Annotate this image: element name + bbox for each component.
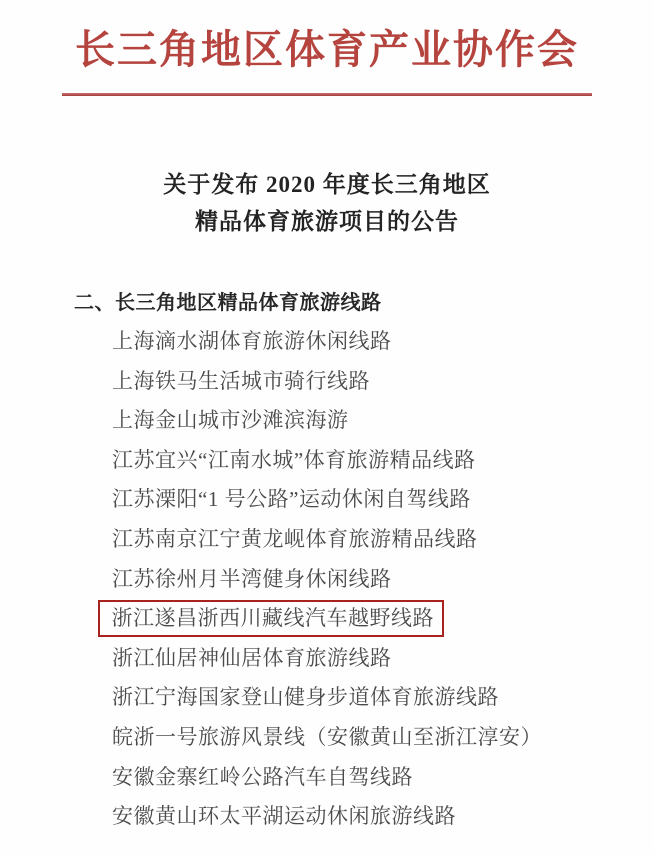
route-label: 浙江仙居神仙居体育旅游线路 xyxy=(112,646,392,670)
route-item: 安徽黄山环太平湖运动休闲旅游线路 xyxy=(112,805,654,827)
route-item: 浙江仙居神仙居体育旅游线路 xyxy=(112,647,654,669)
route-item: 江苏徐州月半湾健身休闲线路 xyxy=(112,568,654,590)
route-item: 江苏宜兴“江南水城”体育旅游精品线路 xyxy=(112,449,654,471)
route-item: 上海铁马生活城市骑行线路 xyxy=(112,370,654,392)
route-label: 江苏宜兴“江南水城”体育旅游精品线路 xyxy=(112,448,476,472)
header-divider-line xyxy=(62,93,592,96)
route-label: 上海滴水湖体育旅游休闲线路 xyxy=(112,329,392,353)
route-label: 江苏徐州月半湾健身休闲线路 xyxy=(112,567,392,591)
org-header-title: 长三角地区体育产业协作会 xyxy=(0,27,654,73)
route-label: 江苏南京江宁黄龙岘体育旅游精品线路 xyxy=(112,527,478,551)
announcement-title-line2: 精品体育旅游项目的公告 xyxy=(0,203,654,240)
route-item: 江苏溧阳“1 号公路”运动休闲自驾线路 xyxy=(112,488,654,510)
route-item: 安徽金寨红岭公路汽车自驾线路 xyxy=(112,766,654,788)
route-label: 上海铁马生活城市骑行线路 xyxy=(112,369,370,393)
route-item-highlighted: 浙江遂昌浙西川藏线汽车越野线路 xyxy=(112,607,654,629)
route-label: 安徽黄山环太平湖运动休闲旅游线路 xyxy=(112,804,456,828)
route-label: 安徽金寨红岭公路汽车自驾线路 xyxy=(112,765,413,789)
route-label: 皖浙一号旅游风景线（安徽黄山至浙江淳安） xyxy=(112,725,542,749)
announcement-title: 关于发布 2020 年度长三角地区 精品体育旅游项目的公告 xyxy=(0,166,654,240)
route-item: 皖浙一号旅游风景线（安徽黄山至浙江淳安） xyxy=(112,726,654,748)
announcement-title-line1: 关于发布 2020 年度长三角地区 xyxy=(0,166,654,203)
route-item: 江苏南京江宁黄龙岘体育旅游精品线路 xyxy=(112,528,654,550)
route-item: 上海滴水湖体育旅游休闲线路 xyxy=(112,330,654,352)
route-list: 上海滴水湖体育旅游休闲线路 上海铁马生活城市骑行线路 上海金山城市沙滩滨海游 江… xyxy=(0,330,654,827)
route-label: 浙江宁海国家登山健身步道体育旅游线路 xyxy=(112,685,499,709)
route-highlight-box: 浙江遂昌浙西川藏线汽车越野线路 xyxy=(98,600,445,637)
route-label: 江苏溧阳“1 号公路”运动休闲自驾线路 xyxy=(112,487,471,511)
route-item: 上海金山城市沙滩滨海游 xyxy=(112,409,654,431)
route-label: 上海金山城市沙滩滨海游 xyxy=(112,408,349,432)
route-item: 浙江宁海国家登山健身步道体育旅游线路 xyxy=(112,686,654,708)
section-heading: 二、长三角地区精品体育旅游线路 xyxy=(74,292,654,314)
announcement-page: 长三角地区体育产业协作会 关于发布 2020 年度长三角地区 精品体育旅游项目的… xyxy=(0,0,654,855)
